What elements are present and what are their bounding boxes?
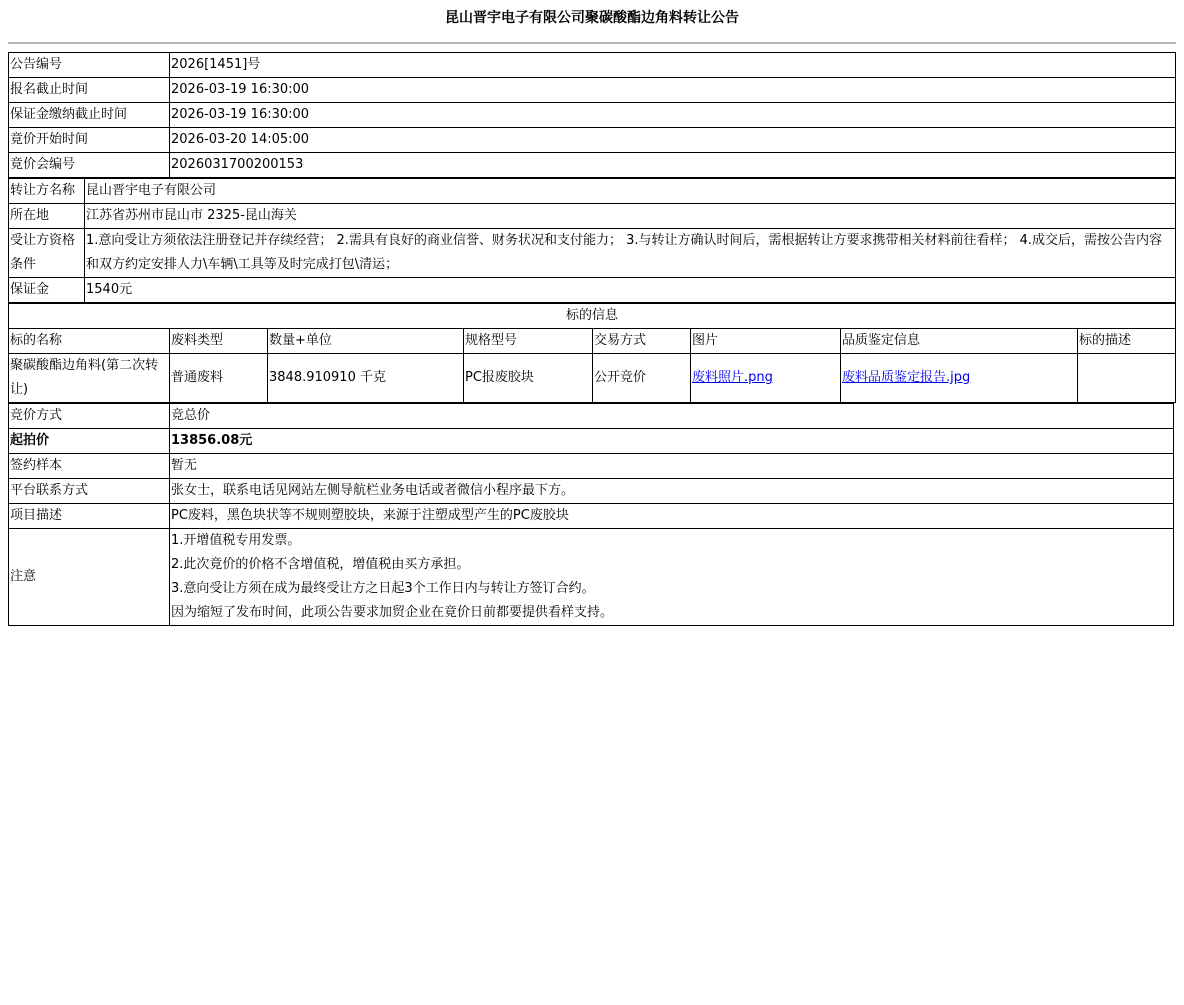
contract-sample: 暂无	[170, 454, 1174, 479]
column-header: 标的名称	[9, 329, 170, 354]
table-row: 聚碳酸酯边角料(第二次转让) 普通废料 3848.910910 千克 PC报废胶…	[9, 354, 1176, 403]
notice-line: 3.意向受让方须在成为最终受让方之日起3个工作日内与转让方签订合约。	[171, 577, 1172, 601]
table-row: 竟价开始时间 2026-03-20 14:05:00	[9, 128, 1176, 153]
table-row: 起拍价 13856.08元	[9, 429, 1174, 454]
deposit-deadline: 2026-03-19 16:30:00	[170, 103, 1176, 128]
image-file-link[interactable]: 废料照片.png	[692, 370, 773, 385]
subject-name: 聚碳酸酯边角料(第二次转让)	[9, 354, 170, 403]
page-title: 昆山晋宇电子有限公司聚碳酸酯边角料转让公告	[0, 8, 1184, 28]
column-header: 品质鉴定信息	[841, 329, 1078, 354]
row-label: 签约样本	[9, 454, 170, 479]
trade-method: 公开竞价	[593, 354, 691, 403]
spec-model: PC报废胶块	[464, 354, 593, 403]
section-header-row: 标的信息	[9, 304, 1176, 329]
row-label: 竟价开始时间	[9, 128, 170, 153]
table-row: 平台联系方式 张女士，联系电话见网站左侧导航栏业务电话或者微信小程序最下方。	[9, 479, 1174, 504]
quality-report-link[interactable]: 废料品质鉴定报告.jpg	[842, 370, 970, 385]
location: 江苏省苏州市昆山市 2325-昆山海关	[85, 204, 1176, 229]
table-row: 注意 1.开增值税专用发票。 2.此次竟价的价格不含增值税，增值税由买方承担。 …	[9, 529, 1174, 626]
table-header-row: 标的名称 废料类型 数量+单位 规格型号 交易方式 图片 品质鉴定信息 标的描述	[9, 329, 1176, 354]
row-label: 竞价方式	[9, 404, 170, 429]
image-cell: 废料照片.png	[691, 354, 841, 403]
row-label: 平台联系方式	[9, 479, 170, 504]
row-label: 保证金缴纳截止时间	[9, 103, 170, 128]
subject-description	[1078, 354, 1176, 403]
table-row: 签约样本 暂无	[9, 454, 1174, 479]
row-label: 竟价会编号	[9, 153, 170, 178]
bidding-start-time: 2026-03-20 14:05:00	[170, 128, 1176, 153]
bidding-session-number: 2026031700200153	[170, 153, 1176, 178]
table-row: 受让方资格条件 1.意向受让方须依法注册登记并存续经营； 2.需具有良好的商业信…	[9, 229, 1176, 278]
column-header: 规格型号	[464, 329, 593, 354]
deposit-amount: 1540元	[85, 278, 1176, 303]
table-row: 竟价会编号 2026031700200153	[9, 153, 1176, 178]
row-label: 保证金	[9, 278, 85, 303]
notice-content: 1.开增值税专用发票。 2.此次竟价的价格不含增值税，增值税由买方承担。 3.意…	[170, 529, 1174, 626]
table-row: 项目描述 PC废料，黑色块状等不规则塑胶块，来源于注塑成型产生的PC废胶块	[9, 504, 1174, 529]
quality-cell: 废料品质鉴定报告.jpg	[841, 354, 1078, 403]
column-header: 数量+单位	[268, 329, 464, 354]
row-label: 所在地	[9, 204, 85, 229]
column-header: 交易方式	[593, 329, 691, 354]
registration-deadline: 2026-03-19 16:30:00	[170, 78, 1176, 103]
notice-line: 因为缩短了发布时间，此项公告要求加贸企业在竟价日前都要提供看样支持。	[171, 601, 1172, 625]
bidding-method: 竞总价	[170, 404, 1174, 429]
row-label: 注意	[9, 529, 170, 626]
section-title: 标的信息	[9, 304, 1176, 329]
table-row: 保证金 1540元	[9, 278, 1176, 303]
notice-line: 2.此次竟价的价格不含增值税，增值税由买方承担。	[171, 553, 1172, 577]
row-label: 公告编号	[9, 53, 170, 78]
column-header: 图片	[691, 329, 841, 354]
platform-contact: 张女士，联系电话见网站左侧导航栏业务电话或者微信小程序最下方。	[170, 479, 1174, 504]
row-label: 报名截止时间	[9, 78, 170, 103]
announcement-number: 2026[1451]号	[170, 53, 1176, 78]
table-row: 公告编号 2026[1451]号	[9, 53, 1176, 78]
notice-line: 1.开增值税专用发票。	[171, 529, 1172, 553]
subject-table: 标的信息 标的名称 废料类型 数量+单位 规格型号 交易方式 图片 品质鉴定信息…	[8, 303, 1176, 403]
row-label: 项目描述	[9, 504, 170, 529]
table-row: 报名截止时间 2026-03-19 16:30:00	[9, 78, 1176, 103]
column-header: 标的描述	[1078, 329, 1176, 354]
column-header: 废料类型	[170, 329, 268, 354]
row-label: 受让方资格条件	[9, 229, 85, 278]
waste-type: 普通废料	[170, 354, 268, 403]
table-row: 竞价方式 竞总价	[9, 404, 1174, 429]
bidding-table: 竞价方式 竞总价 起拍价 13856.08元 签约样本 暂无 平台联系方式 张女…	[8, 403, 1174, 626]
transferee-qualifications: 1.意向受让方须依法注册登记并存续经营； 2.需具有良好的商业信誉、财务状况和支…	[85, 229, 1176, 278]
row-label: 转让方名称	[9, 179, 85, 204]
announcement-table: 公告编号 2026[1451]号 报名截止时间 2026-03-19 16:30…	[8, 52, 1176, 178]
quantity: 3848.910910 千克	[268, 354, 464, 403]
project-description: PC废料，黑色块状等不规则塑胶块，来源于注塑成型产生的PC废胶块	[170, 504, 1174, 529]
row-label: 起拍价	[9, 429, 170, 454]
transferor-name: 昆山晋宇电子有限公司	[85, 179, 1176, 204]
transferor-table: 转让方名称 昆山晋宇电子有限公司 所在地 江苏省苏州市昆山市 2325-昆山海关…	[8, 178, 1176, 303]
table-row: 保证金缴纳截止时间 2026-03-19 16:30:00	[9, 103, 1176, 128]
table-row: 转让方名称 昆山晋宇电子有限公司	[9, 179, 1176, 204]
starting-price: 13856.08元	[170, 429, 1174, 454]
table-row: 所在地 江苏省苏州市昆山市 2325-昆山海关	[9, 204, 1176, 229]
title-divider	[8, 42, 1176, 44]
